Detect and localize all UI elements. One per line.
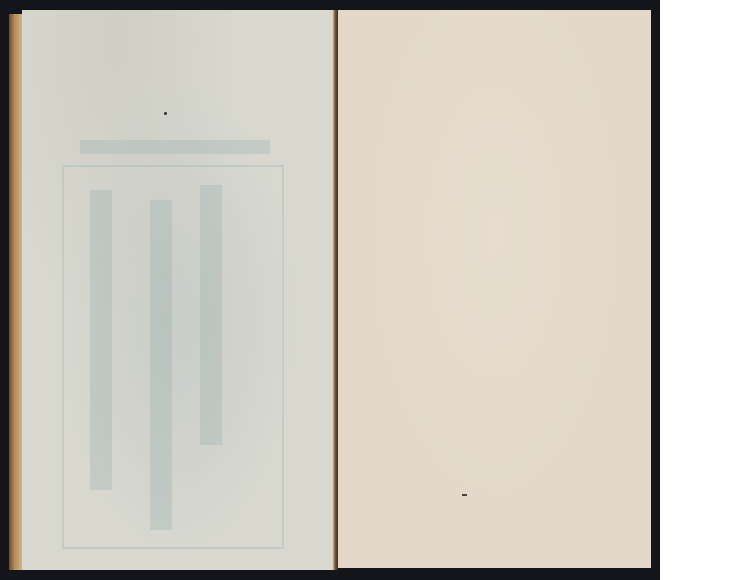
speck [462, 494, 467, 496]
bleed-through-column [200, 185, 222, 445]
speck [164, 112, 167, 115]
bleed-through-column [90, 190, 112, 490]
book-scan [0, 0, 660, 580]
right-page [338, 10, 651, 568]
page-edges [9, 14, 23, 570]
bleed-through-column [150, 200, 172, 530]
bleed-through-heading [80, 140, 270, 154]
